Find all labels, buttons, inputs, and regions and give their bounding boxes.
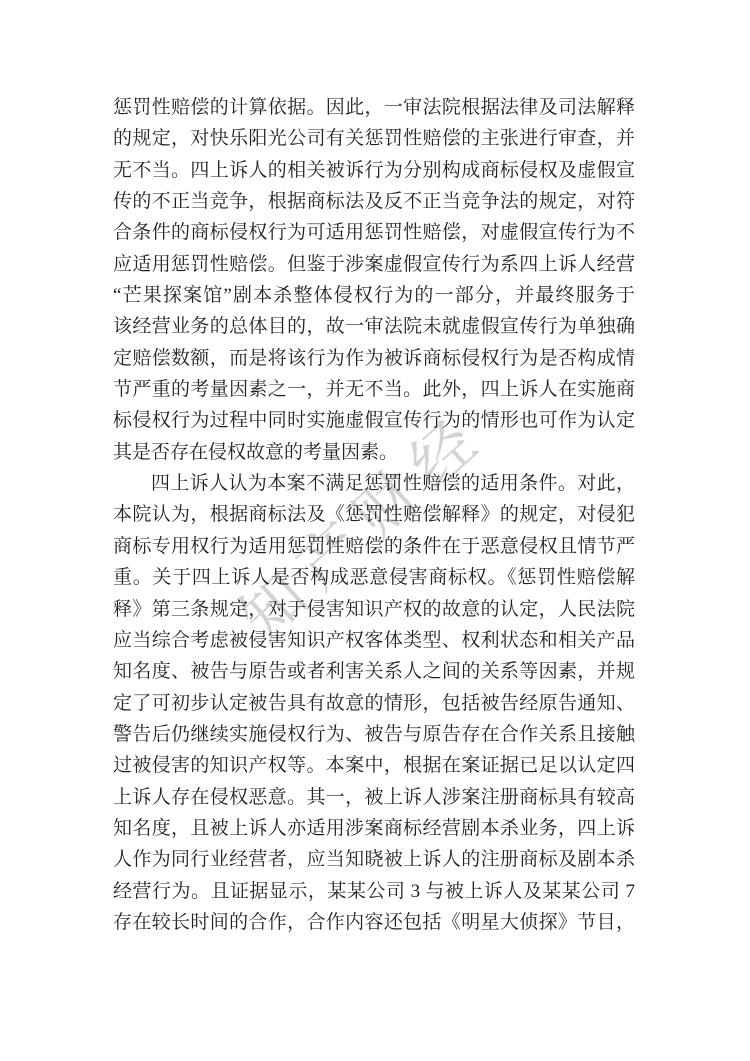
text-line: 四上诉人认为本案不满足惩罚性赔偿的适用条件。对此， [113, 468, 635, 499]
text-line: 该经营业务的总体目的，故一审法院未就虚假宣传行为单独确 [113, 311, 635, 342]
text-line: 应适用惩罚性赔偿。但鉴于涉案虚假宣传行为系四上诉人经营 [113, 249, 635, 280]
text-line: 经营行为。且证据显示，某某公司 3 与被上诉人及某某公司 7 [113, 876, 635, 907]
document-body: 惩罚性赔偿的计算依据。因此，一审法院根据法律及司法解释的规定，对快乐阳光公司有关… [113, 92, 635, 938]
text-line: 知名度，且被上诉人亦适用涉案商标经营剧本杀业务，四上诉 [113, 813, 635, 844]
text-line: 商标专用权行为适用惩罚性赔偿的条件在于恶意侵权且情节严 [113, 531, 635, 562]
text-line: 知名度、被告与原告或者利害关系人之间的关系等因素，并规 [113, 656, 635, 687]
text-line: “芒果探案馆”剧本杀整体侵权行为的一部分，并最终服务于 [113, 280, 635, 311]
text-line: 无不当。四上诉人的相关被诉行为分别构成商标侵权及虚假宣 [113, 155, 635, 186]
text-line: 定赔偿数额，而是将该行为作为被诉商标侵权行为是否构成情 [113, 343, 635, 374]
text-line: 重。关于四上诉人是否构成恶意侵害商标权。《惩罚性赔偿解 [113, 562, 635, 593]
text-line: 其是否存在侵权故意的考量因素。 [113, 437, 635, 468]
text-line: 合条件的商标侵权行为可适用惩罚性赔偿，对虚假宣传行为不 [113, 217, 635, 248]
text-line: 警告后仍继续实施侵权行为、被告与原告存在合作关系且接触 [113, 719, 635, 750]
text-line: 的规定，对快乐阳光公司有关惩罚性赔偿的主张进行审查，并 [113, 123, 635, 154]
text-line: 过被侵害的知识产权等。本案中，根据在案证据已足以认定四 [113, 750, 635, 781]
text-line: 应当综合考虑被侵害知识产权客体类型、权利状态和相关产品 [113, 625, 635, 656]
text-line: 传的不正当竞争，根据商标法及反不正当竞争法的规定，对符 [113, 186, 635, 217]
text-line: 释》第三条规定，对于侵害知识产权的故意的认定，人民法院 [113, 594, 635, 625]
text-line: 定了可初步认定被告具有故意的情形，包括被告经原告通知、 [113, 688, 635, 719]
document-page: 知产财经 惩罚性赔偿的计算依据。因此，一审法院根据法律及司法解释的规定，对快乐阳… [0, 0, 750, 1061]
text-line: 节严重的考量因素之一，并无不当。此外，四上诉人在实施商 [113, 374, 635, 405]
text-line: 人作为同行业经营者，应当知晓被上诉人的注册商标及剧本杀 [113, 844, 635, 875]
text-line: 存在较长时间的合作，合作内容还包括《明星大侦探》节目， [113, 907, 635, 938]
text-line: 本院认为，根据商标法及《惩罚性赔偿解释》的规定，对侵犯 [113, 499, 635, 530]
text-line: 标侵权行为过程中同时实施虚假宣传行为的情形也可作为认定 [113, 405, 635, 436]
text-line: 上诉人存在侵权恶意。其一，被上诉人涉案注册商标具有较高 [113, 782, 635, 813]
text-line: 惩罚性赔偿的计算依据。因此，一审法院根据法律及司法解释 [113, 92, 635, 123]
